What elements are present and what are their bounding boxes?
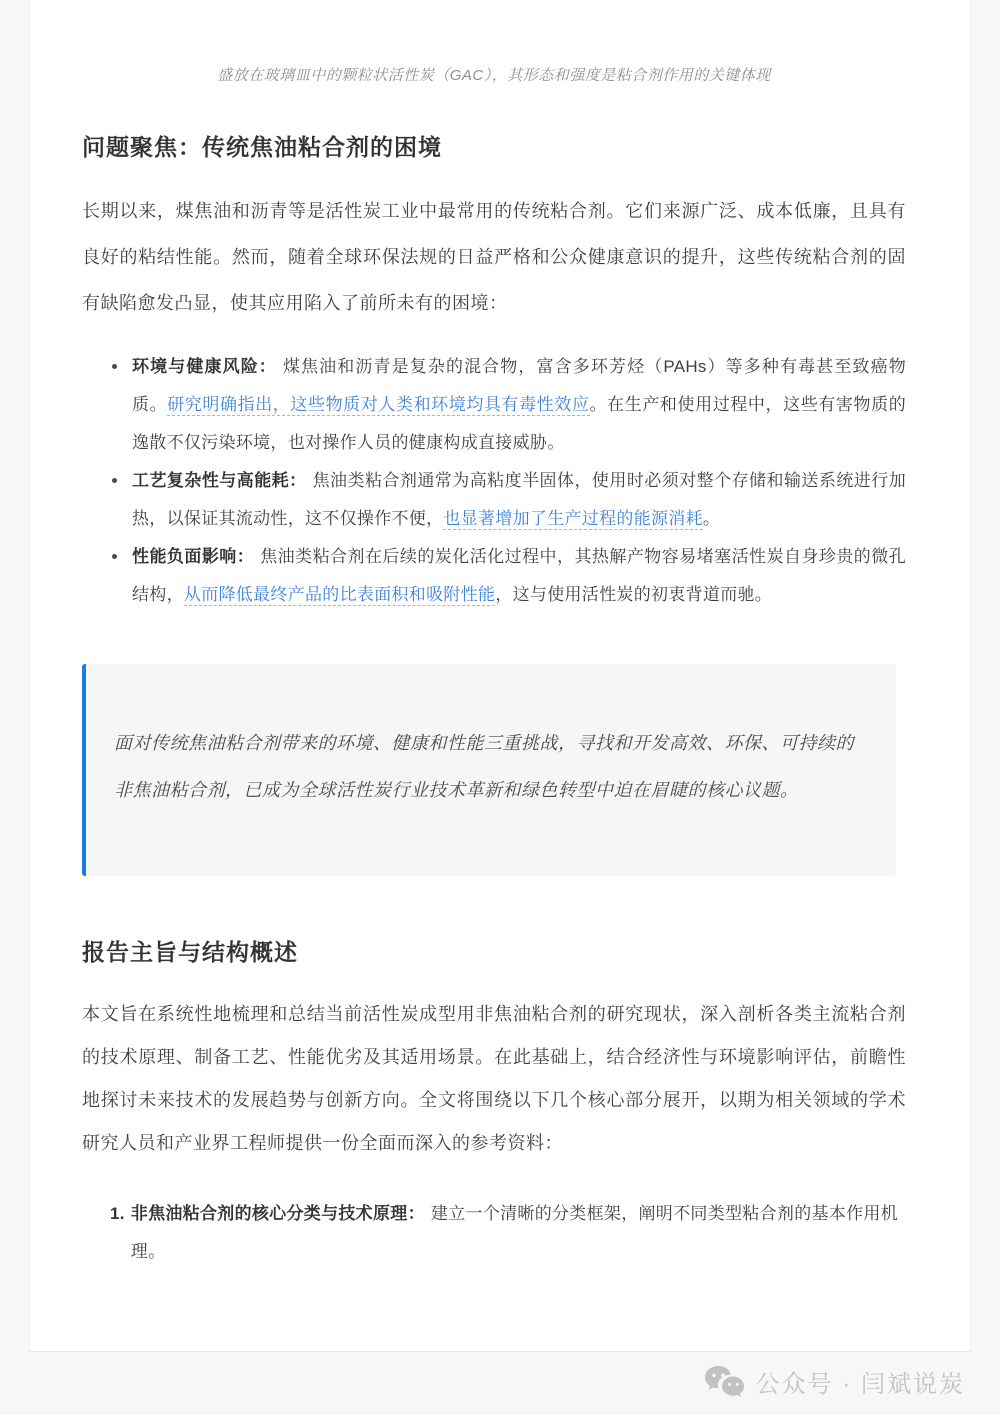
bullet-text: ，这与使用活性炭的初衷背道而驰。 [495, 585, 772, 604]
bullet-text: 。 [703, 509, 720, 528]
bullet-lead: 环境与健康风险： [132, 357, 277, 376]
list-item: 环境与健康风险：煤焦油和沥青是复杂的混合物，富含多环芳烃（PAHs）等多种有毒甚… [132, 348, 906, 462]
intro-paragraph: 长期以来，煤焦油和沥青等是活性炭工业中最常用的传统粘合剂。它们来源广泛、成本低廉… [82, 188, 906, 326]
numbered-list: 1. 非焦油粘合剂的核心分类与技术原理：建立一个清晰的分类框架，阐明不同类型粘合… [82, 1195, 906, 1271]
wechat-badge: 公众号 · 闫斌说炭 [29, 1364, 971, 1399]
list-item: 1. 非焦油粘合剂的核心分类与技术原理：建立一个清晰的分类框架，阐明不同类型粘合… [110, 1195, 906, 1271]
overview-paragraph: 本文旨在系统性地梳理和总结当前活性炭成型用非焦油粘合剂的研究现状，深入剖析各类主… [82, 993, 906, 1165]
bullet-lead: 性能负面影响： [132, 547, 254, 566]
image-caption: 盛放在玻璃皿中的颗粒状活性炭（GAC），其形态和强度是粘合剂作用的关键体现 [82, 0, 906, 85]
wechat-label: 公众号 · 闫斌说炭 [756, 1364, 965, 1399]
numbered-text: 非焦油粘合剂的核心分类与技术原理：建立一个清晰的分类框架，阐明不同类型粘合剂的基… [131, 1195, 906, 1271]
list-item: 工艺复杂性与高能耗：焦油类粘合剂通常为高粘度半固体，使用时必须对整个存储和输送系… [132, 462, 906, 538]
wechat-icon [704, 1365, 746, 1399]
list-item: 性能负面影响：焦油类粘合剂在后续的炭化活化过程中，其热解产物容易堵塞活性炭自身珍… [132, 538, 906, 614]
page-background: { "doc": { "caption": "盛放在玻璃皿中的颗粒状活性炭（GA… [0, 0, 1000, 1415]
bullet-lead: 工艺复杂性与高能耗： [132, 471, 307, 490]
section2-heading: 报告主旨与结构概述 [82, 934, 906, 967]
quote-text: 面对传统焦油粘合剂带来的环境、健康和性能三重挑战，寻找和开发高效、环保、可持续的… [114, 720, 854, 814]
inline-link[interactable]: 也显著增加了生产过程的能源消耗 [443, 509, 703, 530]
numbered-lead: 非焦油粘合剂的核心分类与技术原理： [131, 1204, 425, 1223]
highlight-blockquote: 面对传统焦油粘合剂带来的环境、健康和性能三重挑战，寻找和开发高效、环保、可持续的… [82, 664, 896, 876]
article-card: 盛放在玻璃皿中的颗粒状活性炭（GAC），其形态和强度是粘合剂作用的关键体现 问题… [29, 0, 971, 1352]
inline-link[interactable]: 从而降低最终产品的比表面积和吸附性能 [184, 585, 495, 606]
bullet-list: 环境与健康风险：煤焦油和沥青是复杂的混合物，富含多环芳烃（PAHs）等多种有毒甚… [82, 348, 906, 614]
inline-link[interactable]: 研究明确指出，这些物质对人类和环境均具有毒性效应 [167, 395, 589, 416]
section1-heading: 问题聚焦：传统焦油粘合剂的困境 [82, 129, 906, 162]
list-number: 1. [110, 1195, 125, 1271]
